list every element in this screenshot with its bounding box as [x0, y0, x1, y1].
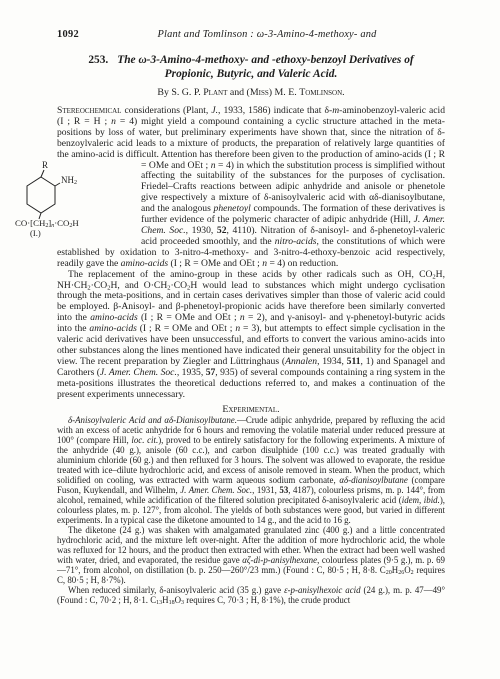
ring-structure-icon	[17, 168, 67, 222]
figure-nh2-label: NH2	[61, 175, 77, 186]
figure-caption: (I.)	[30, 228, 41, 239]
article-number: 253.	[88, 54, 108, 66]
experimental-paragraph-1: δ-Anisoylvaleric Acid and αδ-Dianisoylbu…	[57, 416, 445, 525]
running-header: 1092 Plant and Tomlinson : ω-3-Amino-4-m…	[57, 29, 445, 41]
experimental-paragraph-2: The diketone (24 g.) was shaken with ama…	[57, 526, 445, 586]
journal-page: 1092 Plant and Tomlinson : ω-3-Amino-4-m…	[0, 0, 500, 679]
title-text-line-2: Propionic, Butyric, and Valeric Acid.	[57, 68, 445, 82]
running-head: Plant and Tomlinson : ω-3-Amino-4-methox…	[115, 29, 419, 41]
experimental-paragraph-3: When reduced similarly, δ-anisoylvaleric…	[57, 586, 445, 606]
byline: By S. G. P. Plant and (Miss) M. E. Tomli…	[57, 87, 445, 98]
title-line-1: 253.The ω-3-Amino-4-methoxy- and -ethoxy…	[57, 54, 445, 68]
title-text-line-1: The ω-3-Amino-4-methoxy- and -ethoxy-ben…	[117, 54, 413, 66]
paragraph-replacement: The replacement of the amino-group in th…	[57, 270, 445, 401]
page-number: 1092	[57, 29, 115, 41]
structure-figure-I: R NH2 CO·[CH2]n·CO2H (I.)	[15, 162, 135, 237]
figure-chain-label: CO·[CH2]n·CO2H	[15, 218, 79, 229]
paragraph-intro: Stereochemical considerations (Plant, J.…	[57, 106, 445, 270]
article-title-block: 253.The ω-3-Amino-4-methoxy- and -ethoxy…	[57, 54, 445, 81]
